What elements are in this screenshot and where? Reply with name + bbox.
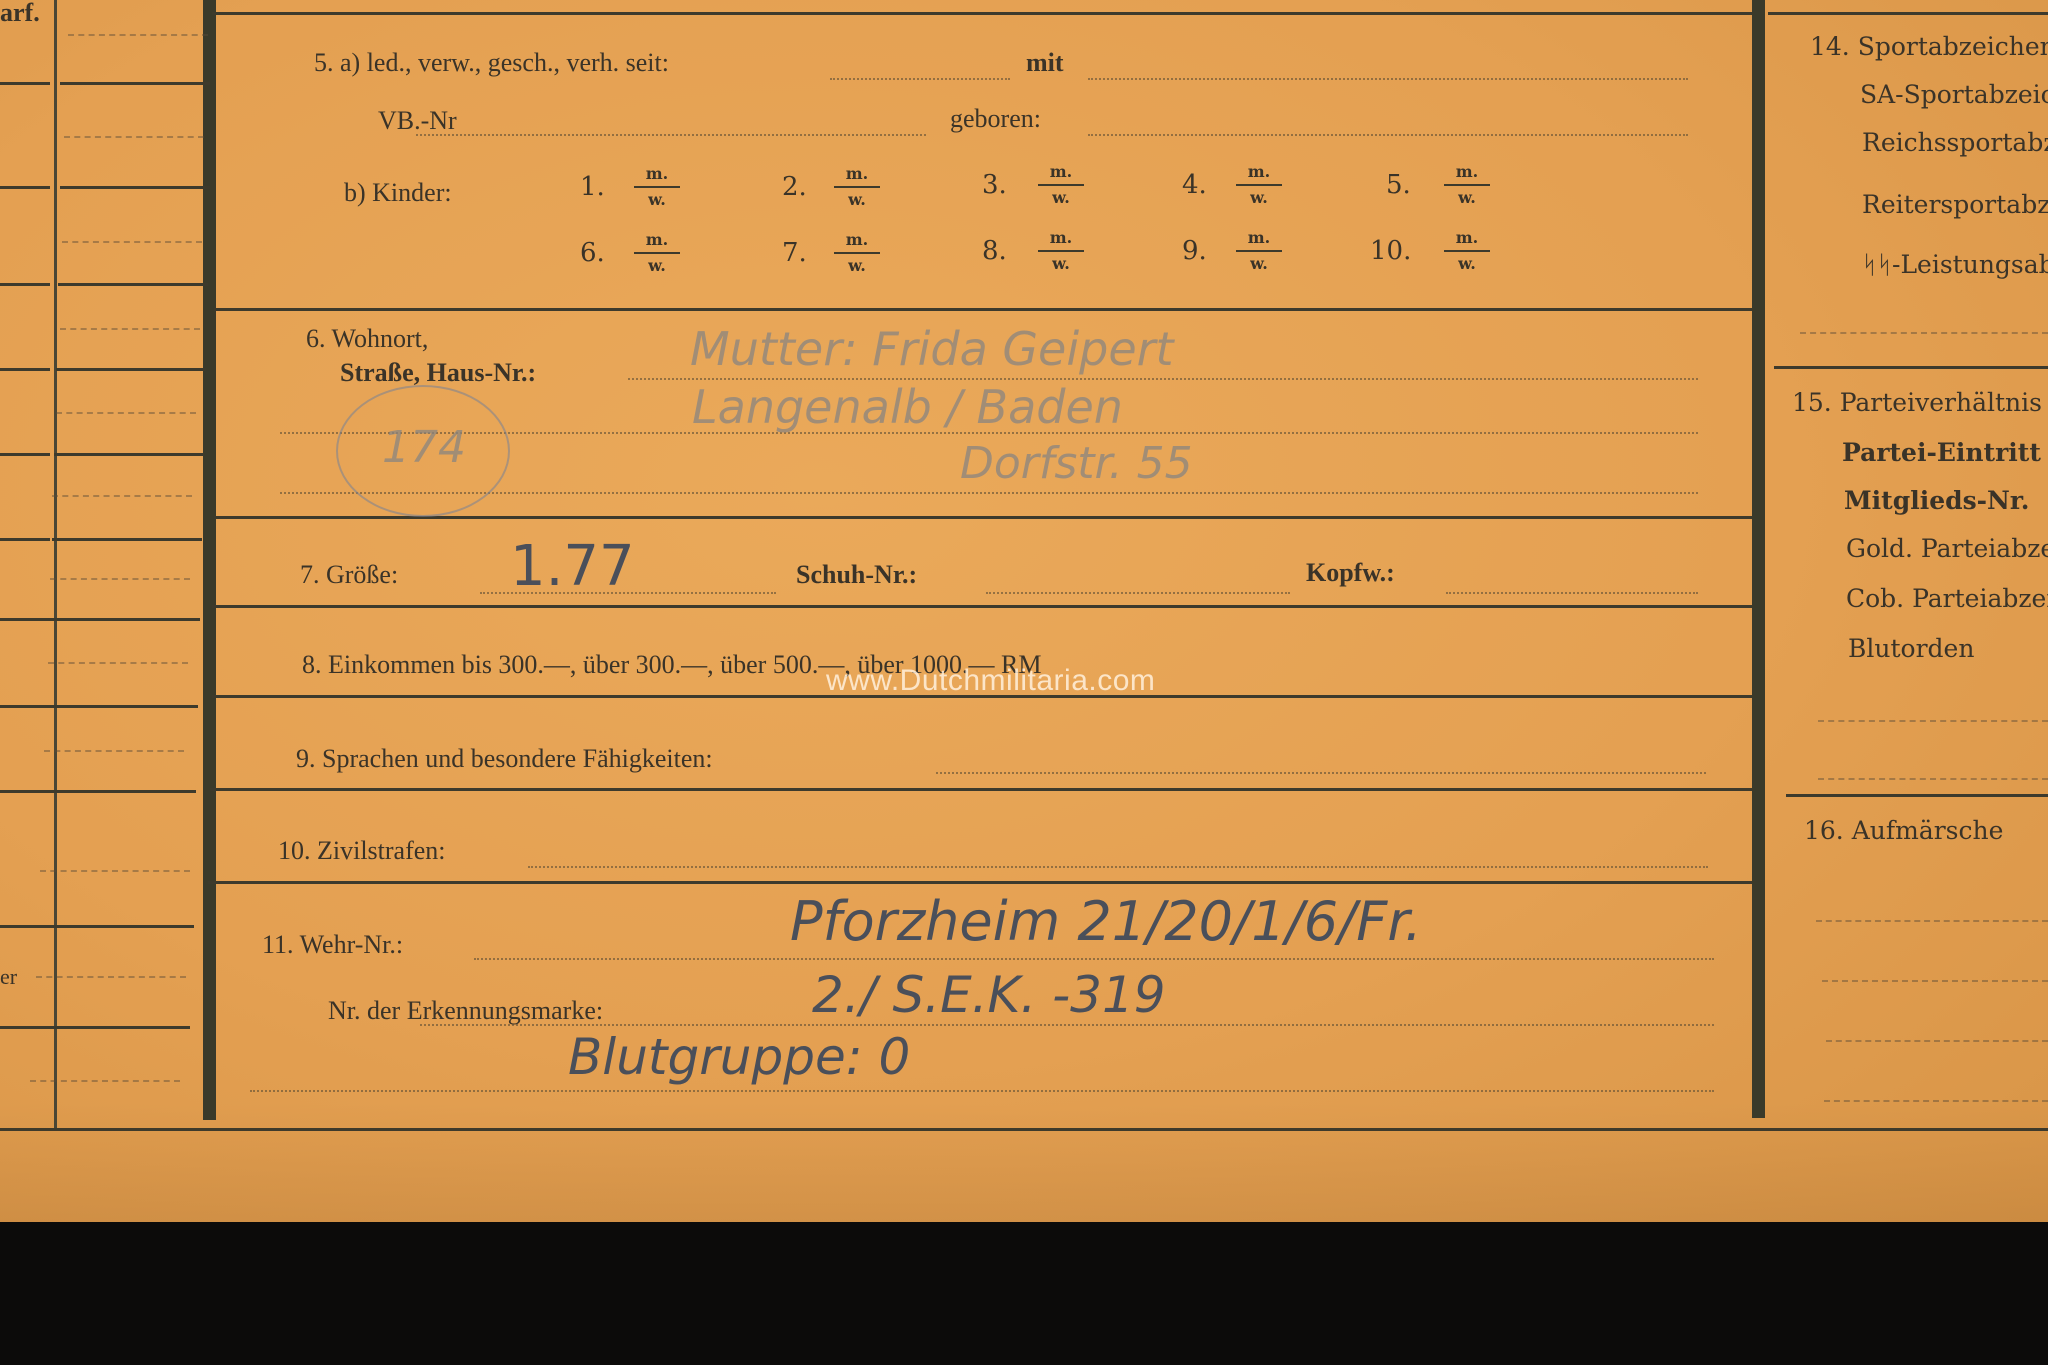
left-rule	[0, 538, 50, 541]
left-rule	[0, 283, 50, 286]
right-dashed-line	[1822, 980, 2048, 982]
section-divider	[214, 516, 1757, 519]
left-rule	[0, 705, 50, 708]
section-divider	[212, 12, 1757, 15]
male-option[interactable]: m.	[1038, 228, 1084, 248]
form-paper: arf. er 5. a) led., verw., gesch., verh.…	[0, 0, 2048, 1222]
female-option[interactable]: w.	[1444, 188, 1490, 208]
address-field-line3[interactable]	[280, 492, 1698, 494]
left-dashed-line	[60, 328, 200, 330]
left-rule	[0, 453, 50, 456]
address-handwriting-1: Mutter: Frida Geipert	[690, 322, 1174, 376]
section15-item: Mitglieds-Nr.	[1844, 486, 2029, 515]
male-option[interactable]: m.	[834, 230, 880, 250]
female-option[interactable]: w.	[1236, 188, 1282, 208]
left-rule	[50, 618, 200, 621]
male-option[interactable]: m.	[1236, 228, 1282, 248]
dark-background	[0, 1222, 2048, 1365]
male-option[interactable]: m.	[634, 164, 680, 184]
child-gender-fraction[interactable]: m.w.	[1444, 228, 1490, 274]
left-dashed-line	[50, 578, 190, 580]
child-gender-fraction[interactable]: m.w.	[1038, 162, 1084, 208]
erkennungsmarke-label: Nr. der Erkennungsmarke:	[328, 996, 603, 1026]
left-rule	[0, 82, 50, 85]
left-rule	[0, 186, 50, 189]
right-section-divider	[1786, 794, 2048, 797]
mit-label: mit	[1026, 48, 1064, 78]
left-column-fragment-top: arf.	[0, 0, 40, 28]
left-dashed-line	[68, 34, 208, 36]
verh-seit-field[interactable]	[830, 78, 1010, 80]
section14-title: 14. Sportabzeichen	[1810, 32, 2048, 61]
main-left-border	[203, 0, 216, 1120]
zivilstrafen-field[interactable]	[528, 866, 1708, 868]
left-rule	[56, 368, 206, 371]
female-option[interactable]: w.	[1236, 254, 1282, 274]
left-rule	[46, 790, 196, 793]
right-section-divider	[1768, 12, 2048, 15]
section-divider	[214, 308, 1757, 311]
left-rule	[52, 538, 202, 541]
left-rule	[54, 453, 204, 456]
section14-item: Reitersportabzeichen	[1862, 190, 2048, 219]
schuh-field[interactable]	[986, 592, 1290, 594]
left-dashed-line	[64, 136, 204, 138]
wehr-nr-field[interactable]	[474, 958, 1714, 960]
right-dashed-line	[1818, 778, 2048, 780]
left-rule	[0, 368, 50, 371]
right-section-divider	[1774, 366, 2048, 369]
female-option[interactable]: w.	[834, 190, 880, 210]
section15-item: Partei-Eintritt	[1842, 438, 2041, 467]
form-bottom-border	[0, 1128, 2048, 1131]
left-rule	[34, 925, 194, 928]
left-rule	[48, 705, 198, 708]
right-dashed-line	[1800, 332, 2048, 334]
child-number: 7.	[782, 238, 807, 268]
blutgruppe-value: Blutgruppe: 0	[568, 1028, 910, 1086]
address-handwriting-2: Langenalb / Baden	[692, 380, 1123, 434]
wehr-nr-value: Pforzheim 21/20/1/6/Fr.	[790, 890, 1422, 953]
right-dashed-line	[1818, 720, 2048, 722]
section15-item: Blutorden	[1848, 634, 1974, 663]
kinder-label: b) Kinder:	[344, 178, 452, 208]
female-option[interactable]: w.	[1444, 254, 1490, 274]
section16-title: 16. Aufmärsche	[1804, 816, 2003, 845]
section15-title: 15. Parteiverhältnis	[1792, 388, 2042, 417]
left-dashed-line	[36, 976, 186, 978]
watermark-text: www.Dutchmilitaria.com	[826, 664, 1155, 698]
left-rule	[30, 1026, 190, 1029]
child-number: 1.	[580, 172, 605, 202]
child-gender-fraction[interactable]: m.w.	[634, 230, 680, 276]
left-rule	[60, 186, 210, 189]
kopfweite-label: Kopfw.:	[1306, 558, 1395, 588]
male-option[interactable]: m.	[1444, 162, 1490, 182]
address-handwriting-3: Dorfstr. 55	[960, 438, 1193, 489]
left-rule	[0, 790, 50, 793]
section14-item: SA-Sportabzeichen	[1860, 80, 2048, 109]
child-number: 6.	[580, 238, 605, 268]
section14-item: Reichssportabzeichen	[1862, 128, 2048, 157]
erkennungsmarke-value: 2./ S.E.K. -319	[812, 966, 1166, 1024]
male-option[interactable]: m.	[1444, 228, 1490, 248]
left-dashed-line	[48, 662, 188, 664]
right-dashed-line	[1826, 1040, 2048, 1042]
left-rule	[0, 618, 50, 621]
sprachen-label: 9. Sprachen und besondere Fähigkeiten:	[296, 744, 713, 774]
mit-field[interactable]	[1088, 78, 1688, 80]
wehr-nr-label: 11. Wehr-Nr.:	[262, 930, 403, 960]
additional-field[interactable]	[250, 1090, 1714, 1092]
child-number: 8.	[982, 236, 1007, 266]
section15-item: Cob. Parteiabzeichen	[1846, 584, 2048, 613]
geboren-label: geboren:	[950, 104, 1041, 134]
male-option[interactable]: m.	[834, 164, 880, 184]
child-number: 9.	[1182, 236, 1207, 266]
geboren-field[interactable]	[1088, 134, 1688, 136]
left-rule	[58, 283, 208, 286]
left-rule	[60, 82, 210, 85]
circled-number: 174	[382, 422, 466, 473]
schuh-label: Schuh-Nr.:	[796, 560, 917, 590]
female-option[interactable]: w.	[634, 190, 680, 210]
vb-nr-label: VB.-Nr	[378, 106, 457, 136]
female-option[interactable]: w.	[1038, 254, 1084, 274]
right-dashed-line	[1816, 920, 2048, 922]
child-number: 4.	[1182, 170, 1207, 200]
left-dashed-line	[62, 241, 202, 243]
male-option[interactable]: m.	[634, 230, 680, 250]
groesse-value: 1.77	[510, 534, 635, 599]
vb-nr-field[interactable]	[416, 134, 926, 136]
left-divider-line	[54, 0, 57, 1128]
child-gender-fraction[interactable]: m.w.	[1236, 228, 1282, 274]
right-dashed-line	[1824, 1100, 2048, 1102]
male-option[interactable]: m.	[1038, 162, 1084, 182]
child-number: 10.	[1370, 236, 1411, 266]
child-number: 5.	[1386, 170, 1411, 200]
child-gender-fraction[interactable]: m.w.	[834, 230, 880, 276]
section5-a-label: 5. a) led., verw., gesch., verh. seit:	[314, 48, 669, 78]
section-divider	[208, 881, 1757, 884]
section15-item: Gold. Parteiabzeichen	[1846, 534, 2048, 563]
left-dashed-line	[56, 412, 196, 414]
zivilstrafen-label: 10. Zivilstrafen:	[278, 836, 446, 866]
child-number: 3.	[982, 170, 1007, 200]
left-dashed-line	[44, 750, 184, 752]
child-gender-fraction[interactable]: m.w.	[834, 164, 880, 210]
main-right-border	[1752, 0, 1765, 1118]
female-option[interactable]: w.	[1038, 188, 1084, 208]
left-column-fragment-bottom: er	[0, 964, 17, 990]
left-dashed-line	[52, 495, 192, 497]
child-gender-fraction[interactable]: m.w.	[1444, 162, 1490, 208]
erkennungsmarke-field[interactable]	[420, 1024, 1714, 1026]
groesse-label: 7. Größe:	[300, 560, 398, 590]
female-option[interactable]: w.	[834, 256, 880, 276]
child-gender-fraction[interactable]: m.w.	[1038, 228, 1084, 274]
child-gender-fraction[interactable]: m.w.	[634, 164, 680, 210]
section-divider	[212, 605, 1757, 608]
child-gender-fraction[interactable]: m.w.	[1236, 162, 1282, 208]
sprachen-field[interactable]	[936, 772, 1706, 774]
left-dashed-line	[30, 1080, 180, 1082]
female-option[interactable]: w.	[634, 256, 680, 276]
strasse-label: Straße, Haus-Nr.:	[340, 358, 536, 388]
child-number: 2.	[782, 172, 807, 202]
wohnort-label: 6. Wohnort,	[306, 324, 428, 354]
section-divider	[210, 788, 1757, 791]
left-dashed-line	[40, 870, 190, 872]
kopfweite-field[interactable]	[1446, 592, 1698, 594]
male-option[interactable]: m.	[1236, 162, 1282, 182]
section14-item: ᛋᛋ-Leistungsabzeichen	[1862, 250, 2048, 279]
